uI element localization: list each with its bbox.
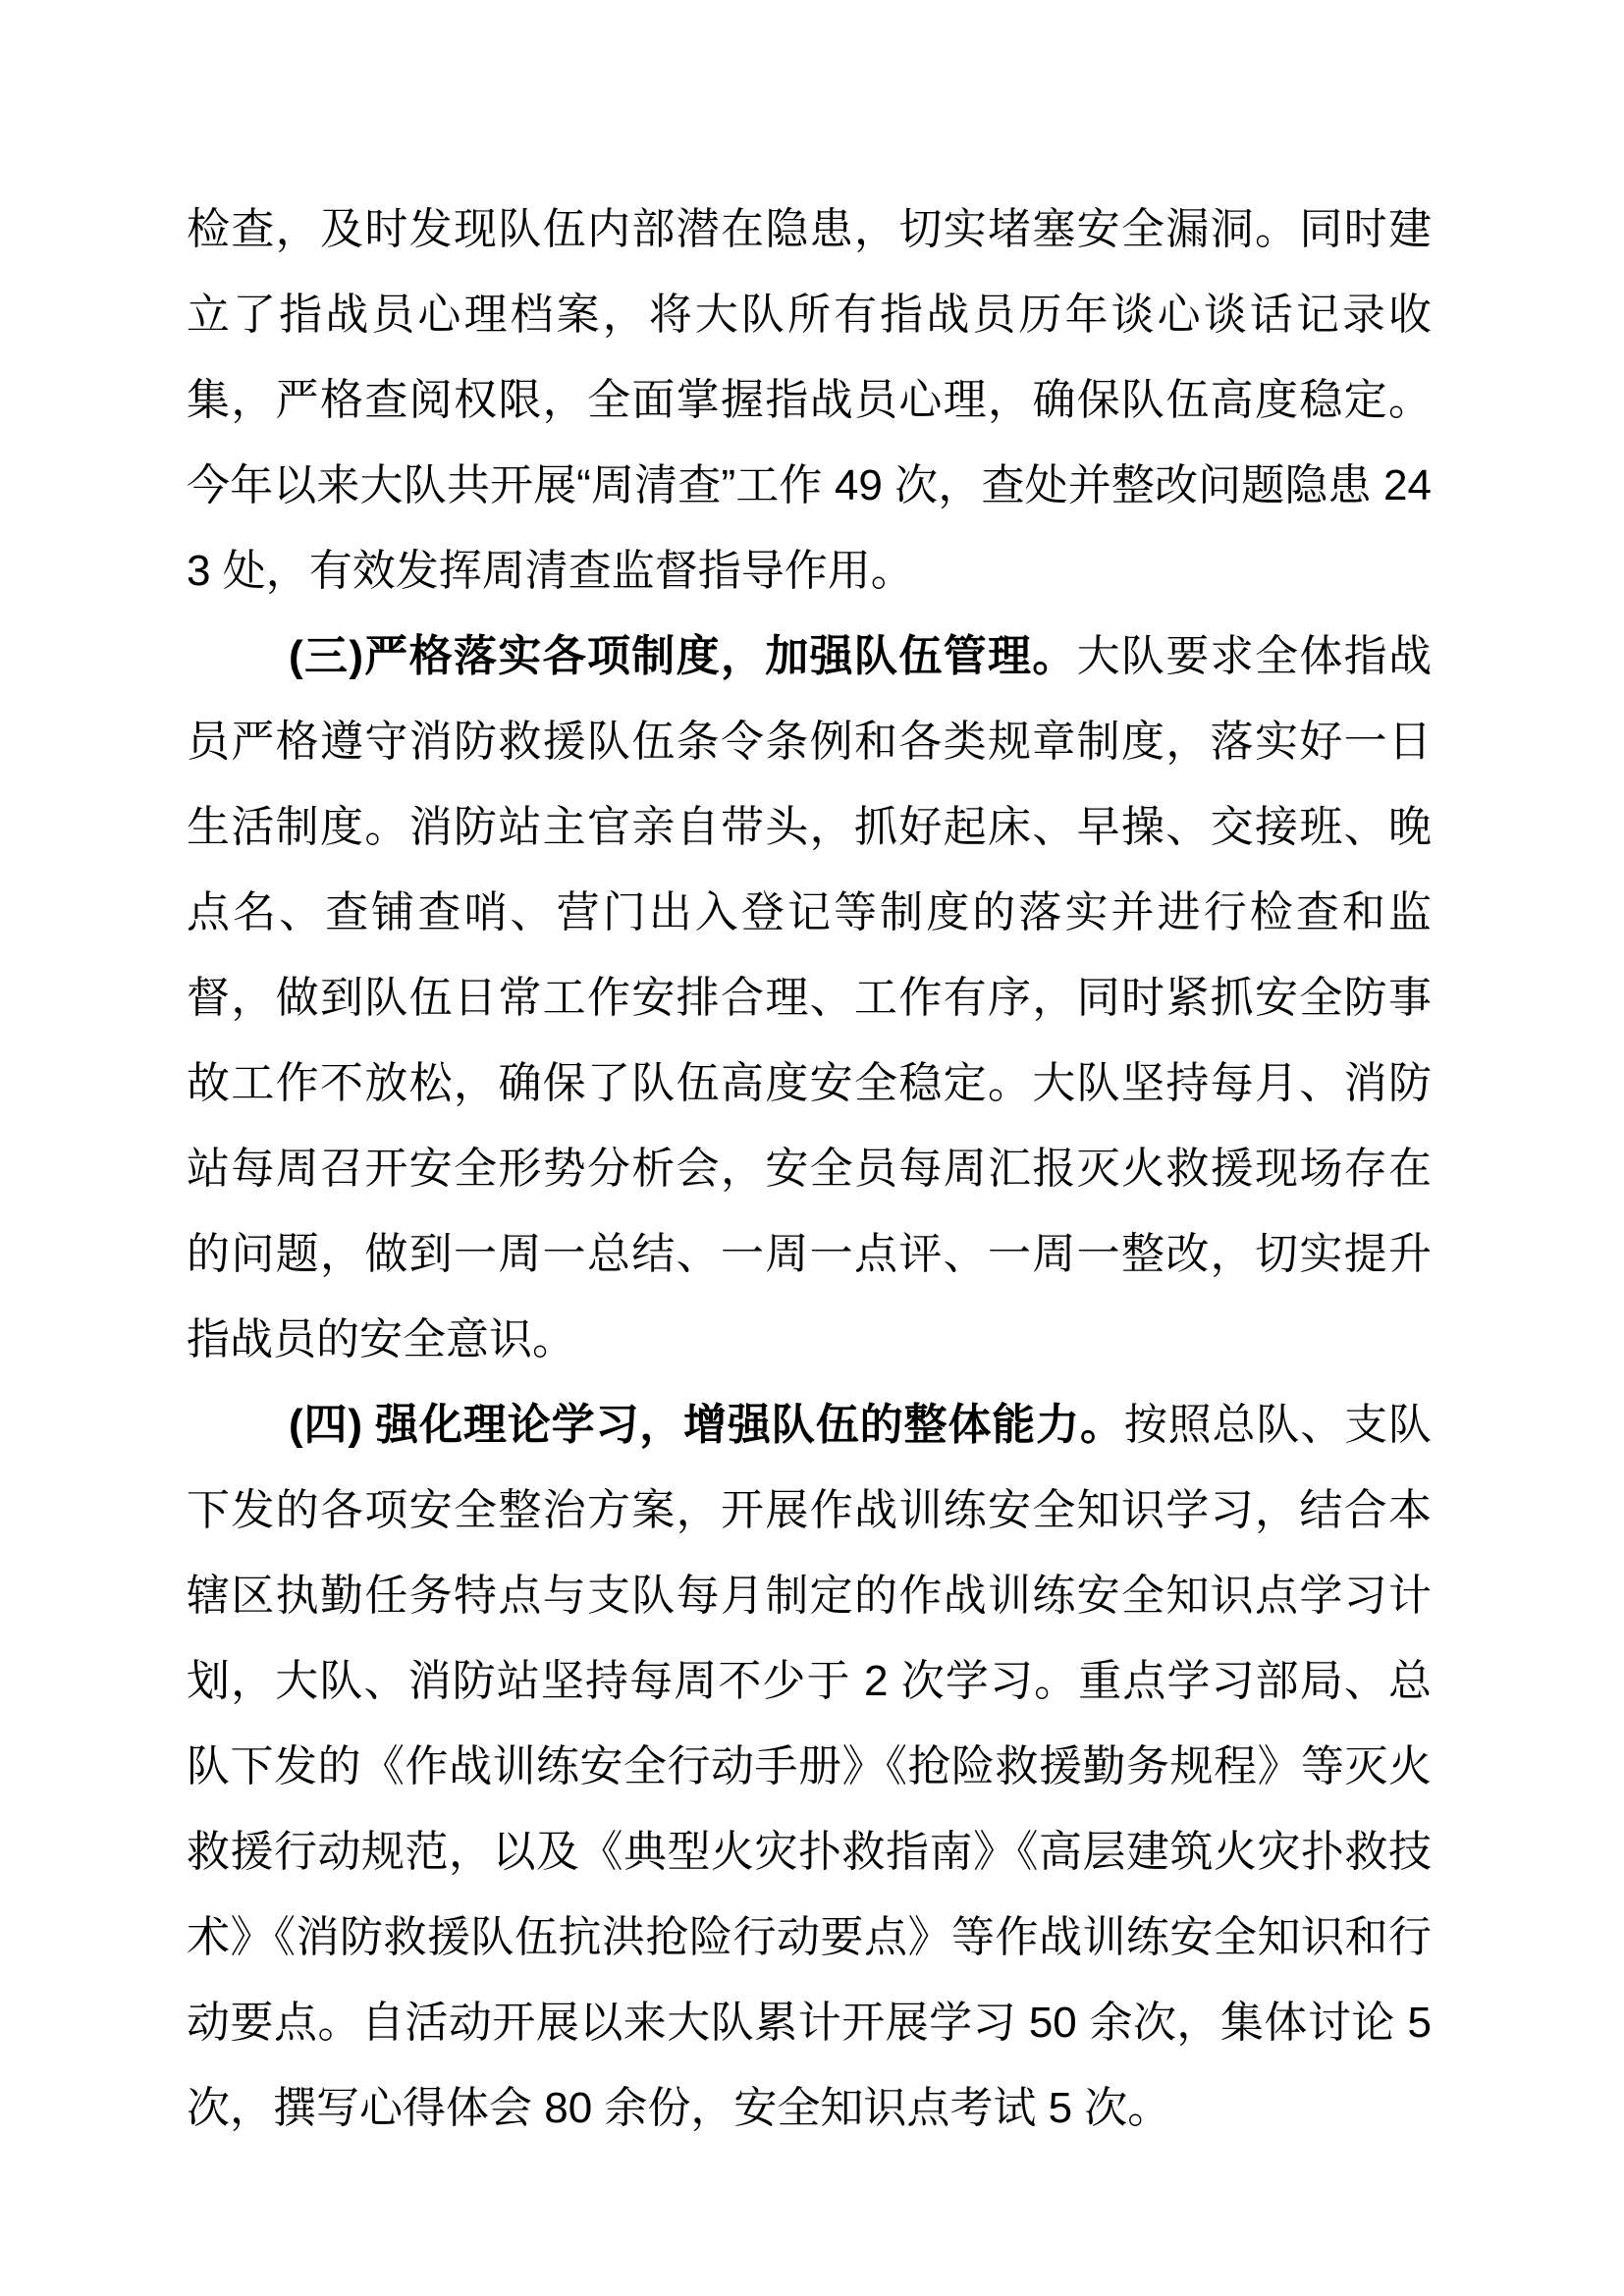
paragraph-continuation: 检查，及时发现队伍内部潜在隐患，切实堵塞安全漏洞。同时建立了指战员心理档案，将大…	[187, 187, 1432, 614]
document-body: 检查，及时发现队伍内部潜在隐患，切实堵塞安全漏洞。同时建立了指战员心理档案，将大…	[0, 0, 1624, 2151]
paragraph-section-4: (四) 强化理论学习，增强队伍的整体能力。按照总队、支队下发的各项安全整治方案，…	[187, 1382, 1432, 2151]
section-heading-run: (四) 强化理论学习，增强队伍的整体能力。	[289, 1401, 1124, 1449]
paragraph-section-3: (三)严格落实各项制度，加强队伍管理。大队要求全体指战员严格遵守消防救援队伍条令…	[187, 614, 1432, 1382]
section-heading-run: (三)严格落实各项制度，加强队伍管理。	[289, 632, 1077, 680]
document-page: 检查，及时发现队伍内部潜在隐患，切实堵塞安全漏洞。同时建立了指战员心理档案，将大…	[0, 0, 1624, 2296]
body-text-run: 大队要求全体指战员严格遵守消防救援队伍条令条例和各类规章制度，落实好一日生活制度…	[187, 632, 1432, 1363]
body-text-run: 按照总队、支队下发的各项安全整治方案，开展作战训练安全知识学习，结合本辖区执勤任…	[187, 1401, 1432, 2132]
body-text-run: 检查，及时发现队伍内部潜在隐患，切实堵塞安全漏洞。同时建立了指战员心理档案，将大…	[187, 205, 1432, 595]
